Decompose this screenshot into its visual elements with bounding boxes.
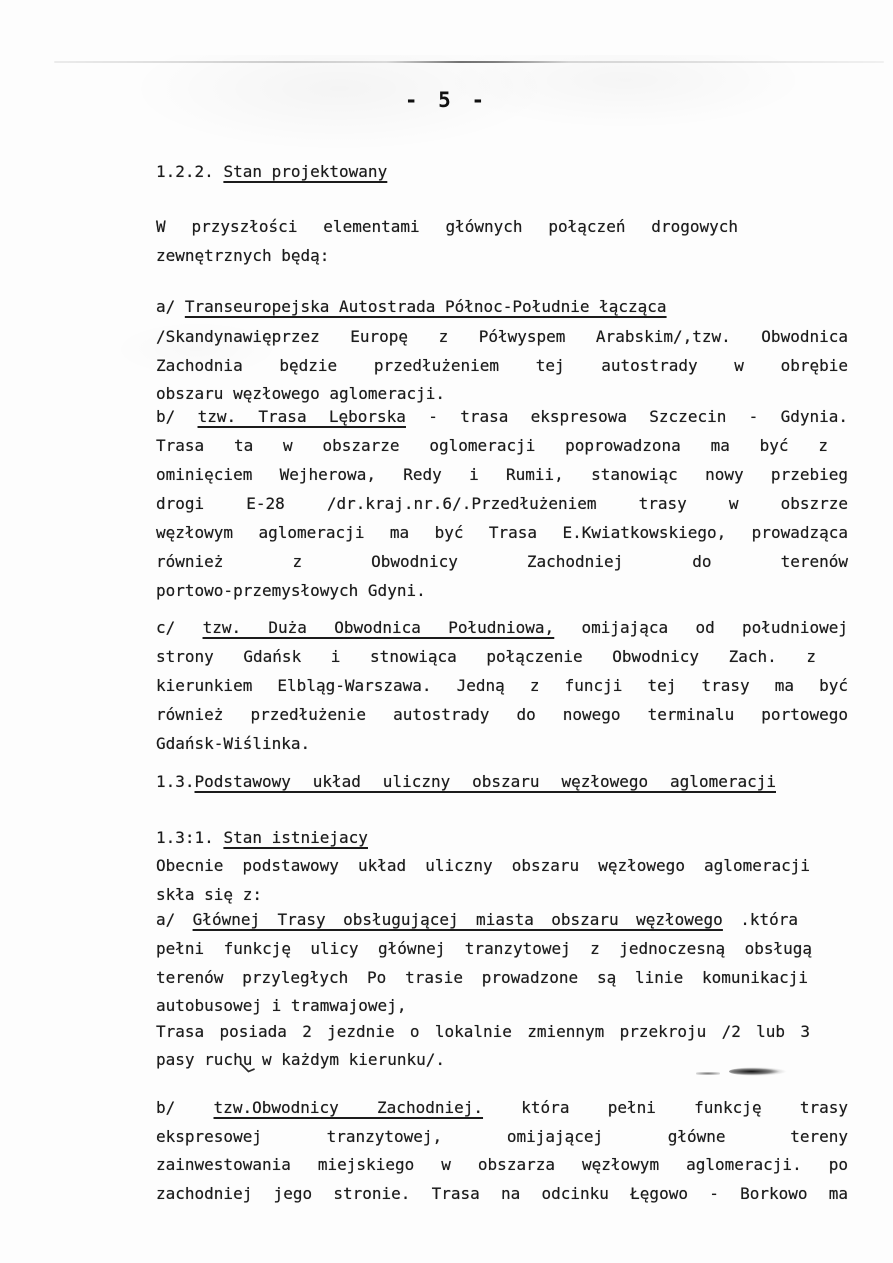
text-segment: omijająca od południowej — [554, 618, 848, 637]
text-segment: 1.2.2. — [156, 162, 223, 181]
text-segment: pełni funkcję ulicy głównej tranzytowej … — [156, 939, 812, 958]
underlined-text-segment: Stan projektowany — [223, 162, 387, 181]
underlined-text-segment: tzw. Trasa Lęborska — [198, 407, 406, 426]
text-segment: która pełni funkcję trasy — [483, 1098, 848, 1117]
underlined-text-segment: Transeuropejska Autostrada Północ-Połudn… — [185, 297, 667, 316]
page-number: - 5 - — [0, 88, 893, 112]
text-line: a/ Transeuropejska Autostrada Północ-Poł… — [156, 296, 848, 317]
text-segment: .która — [723, 910, 798, 929]
text-segment: 1.3. — [156, 772, 195, 791]
text-line: Gdańsk-Wiślinka. — [156, 733, 848, 754]
underlined-text-segment: tzw. Duża Obwodnica Południowa, — [203, 618, 555, 637]
underlined-text-segment: Stan istniejacy — [223, 828, 368, 847]
handwritten-tick-icon — [240, 1063, 256, 1074]
text-segment: b/ — [156, 407, 198, 426]
underlined-text-segment: Głównej Trasy obsługującej miasta obszar… — [193, 910, 723, 929]
text-segment: a/ — [156, 297, 185, 316]
text-line: W przyszłości elementami głównych połącz… — [156, 216, 738, 237]
text-line: /Skandynawięprzez Europę z Półwyspem Ara… — [156, 326, 848, 347]
text-segment: węzłowym aglomeracji ma być Trasa E.Kwia… — [156, 523, 848, 542]
text-segment: również przedłużenie autostrady do noweg… — [156, 705, 848, 724]
text-line: strony Gdańsk i stnowiąca połączenie Obw… — [156, 646, 816, 667]
text-segment: c/ — [156, 618, 203, 637]
text-segment: terenów przyległych Po trasie prowadzone… — [156, 968, 808, 987]
text-line: obszaru węzłowego aglomeracji. — [156, 383, 848, 404]
text-segment: Gdańsk-Wiślinka. — [156, 734, 310, 753]
text-line: b/ tzw.Obwodnicy Zachodniej. która pełni… — [156, 1097, 848, 1118]
text-segment: portowo-przemysłowych Gdyni. — [156, 581, 426, 600]
text-line: terenów przyległych Po trasie prowadzone… — [156, 967, 808, 988]
text-line: Zachodnia będzie przedłużeniem tej autos… — [156, 355, 848, 376]
text-segment: skła się z: — [156, 885, 262, 904]
text-line: zachodniej jego stronie. Trasa na odcink… — [156, 1183, 848, 1204]
text-segment: kierunkiem Elbląg-Warszawa. Jedną z func… — [156, 676, 848, 695]
ink-smudge-small — [696, 1072, 720, 1075]
scanned-document-page: - 5 - 1.2.2. Stan projektowanyW przyszło… — [0, 0, 893, 1263]
text-line: ekspresowej tranzytowej, omijającej głów… — [156, 1126, 848, 1147]
underlined-text-segment: Podstawowy układ uliczny obszaru węzłowe… — [195, 772, 776, 791]
text-segment: /Skandynawięprzez Europę z Półwyspem Ara… — [156, 327, 848, 346]
text-segment: Trasa ta w obszarze oglomeracji poprowad… — [156, 436, 828, 455]
text-line: skła się z: — [156, 884, 848, 905]
text-segment: ekspresowej tranzytowej, omijającej głów… — [156, 1127, 848, 1146]
text-line: również z Obwodnicy Zachodniej do terenó… — [156, 551, 848, 572]
text-line: b/ tzw. Trasa Lęborska - trasa ekspresow… — [156, 406, 848, 427]
text-line: węzłowym aglomeracji ma być Trasa E.Kwia… — [156, 522, 848, 543]
text-segment: zainwestowania miejskiego w obszarza węz… — [156, 1155, 848, 1174]
text-segment: ominięciem Wejherowa, Redy i Rumii, stan… — [156, 465, 848, 484]
text-line: Trasa ta w obszarze oglomeracji poprowad… — [156, 435, 828, 456]
text-segment: - trasa ekspresowa Szczecin - Gdynia. — [406, 407, 848, 426]
text-line: a/ Głównej Trasy obsługującej miasta obs… — [156, 909, 798, 930]
text-segment: zewnętrznych będą: — [156, 246, 329, 265]
underlined-text-segment: tzw.Obwodnicy Zachodniej. — [214, 1098, 483, 1117]
text-segment: W przyszłości elementami głównych połącz… — [156, 217, 738, 236]
text-line: kierunkiem Elbląg-Warszawa. Jedną z func… — [156, 675, 848, 696]
text-line: Trasa posiada 2 jezdnie o lokalnie zmien… — [156, 1021, 810, 1042]
text-line: zainwestowania miejskiego w obszarza węz… — [156, 1154, 848, 1175]
text-segment: Obecnie podstawowy układ uliczny obszaru… — [156, 856, 810, 875]
text-segment: Zachodnia będzie przedłużeniem tej autos… — [156, 356, 848, 375]
text-line: 1.2.2. Stan projektowany — [156, 161, 848, 182]
text-segment: obszaru węzłowego aglomeracji. — [156, 384, 445, 403]
text-line: zewnętrznych będą: — [156, 245, 848, 266]
text-segment: b/ — [156, 1098, 214, 1117]
ink-smudge-large — [729, 1067, 793, 1076]
text-segment: autobusowej i tramwajowej, — [156, 996, 406, 1015]
text-line: 1.3:1. Stan istniejacy — [156, 827, 848, 848]
text-line: 1.3.Podstawowy układ uliczny obszaru węz… — [156, 771, 776, 792]
text-line: autobusowej i tramwajowej, — [156, 995, 848, 1016]
text-segment: a/ — [156, 910, 193, 929]
text-segment: Trasa posiada 2 jezdnie o lokalnie zmien… — [156, 1022, 810, 1041]
text-segment: strony Gdańsk i stnowiąca połączenie Obw… — [156, 647, 816, 666]
text-line: c/ tzw. Duża Obwodnica Południowa, omija… — [156, 617, 848, 638]
text-segment: drogi E-28 /dr.kraj.nr.6/.Przedłużeniem … — [156, 494, 848, 513]
text-segment: 1.3:1. — [156, 828, 223, 847]
text-line: Obecnie podstawowy układ uliczny obszaru… — [156, 855, 810, 876]
text-segment: również z Obwodnicy Zachodniej do terenó… — [156, 552, 848, 571]
text-segment: pasy ruchu w każdym kierunku/. — [156, 1050, 445, 1069]
text-line: również przedłużenie autostrady do noweg… — [156, 704, 848, 725]
text-line: portowo-przemysłowych Gdyni. — [156, 580, 848, 601]
text-segment: zachodniej jego stronie. Trasa na odcink… — [156, 1184, 848, 1203]
text-line: drogi E-28 /dr.kraj.nr.6/.Przedłużeniem … — [156, 493, 848, 514]
text-line: pełni funkcję ulicy głównej tranzytowej … — [156, 938, 812, 959]
faint-scan-line — [54, 61, 884, 63]
text-line: ominięciem Wejherowa, Redy i Rumii, stan… — [156, 464, 848, 485]
